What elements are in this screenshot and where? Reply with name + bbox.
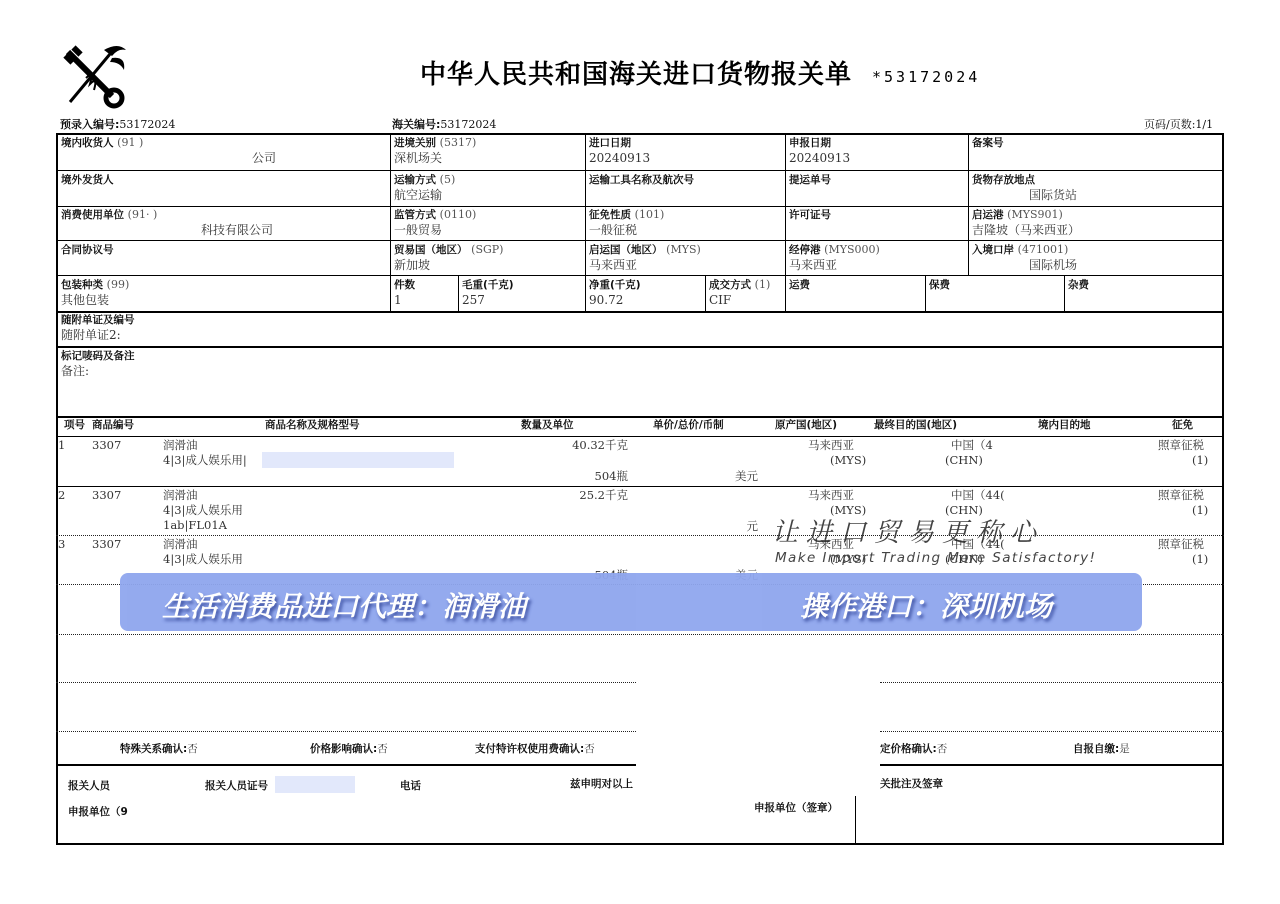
pre-entry-number: 预录入编号:53172024 (60, 116, 175, 132)
row-product-name: 润滑油 (163, 537, 198, 552)
transport-mode-field: 运输方式 (5) 航空运输 (394, 173, 455, 203)
row-product-name: 润滑油 (163, 488, 198, 503)
freight-label: 运费 (789, 278, 810, 292)
entry-customs-code: (5317) (440, 136, 477, 149)
row-item-no: 1 (58, 438, 65, 453)
row-quantity-weight: 25.2千克 (579, 488, 628, 503)
row-origin: 马来西亚 (808, 488, 854, 503)
row-item-no: 2 (58, 488, 65, 503)
misc-fee-field: 杂费 (1068, 278, 1089, 292)
insurance-label: 保费 (929, 278, 950, 292)
departure-country-label: 启运国（地区） (589, 244, 663, 256)
marks-remarks-label: 标记唛码及备注 (61, 349, 135, 363)
transit-port-label: 经停港 (789, 244, 821, 256)
consumer-unit-field: 消费使用单位 (91· ) 科技有限公司 (61, 208, 273, 238)
record-no-field: 备案号 (972, 136, 1004, 150)
departure-country-code: (MYS) (666, 243, 701, 256)
royalty-label: 支付特许权使用费确认: (475, 743, 584, 755)
slogan-english: Make Import Trading More Satisfactory! (775, 550, 1096, 566)
slogan-chinese: 让进口贸易更称心 (772, 512, 1044, 549)
self-tax-label: 自报自缴: (1073, 743, 1119, 755)
contract-no-label: 合同协议号 (61, 243, 114, 257)
entry-port-label: 入境口岸 (972, 244, 1014, 256)
package-type-code: (99) (107, 278, 130, 291)
entry-customs-value: 深机场关 (394, 150, 476, 166)
price-impact-label: 价格影响确认: (310, 743, 377, 755)
license-no-label: 许可证号 (789, 208, 831, 222)
package-type-label: 包装种类 (61, 279, 103, 291)
import-date-label: 进口日期 (589, 136, 650, 150)
row-product-name: 润滑油 (163, 438, 198, 453)
consumer-unit-label: 消费使用单位 (61, 209, 124, 221)
pre-entry-value: 53172024 (119, 118, 175, 131)
price-impact-confirm: 价格影响确认:否 (310, 741, 388, 756)
net-weight-value: 90.72 (589, 292, 641, 308)
marks-remarks-field: 标记唛码及备注 备注: (61, 349, 135, 379)
transport-mode-label: 运输方式 (394, 174, 436, 186)
col-destination: 最终目的国(地区) (874, 417, 957, 432)
transport-mode-code: (5) (440, 173, 456, 186)
trade-terms-code: (1) (755, 278, 771, 291)
record-no-label: 备案号 (972, 136, 1004, 150)
gross-weight-field: 毛重(千克) 257 (462, 278, 514, 308)
barcode-number: *53172024 (872, 68, 980, 86)
license-no-field: 许可证号 (789, 208, 831, 222)
declare-unit-label: 申报单位（9 (68, 804, 128, 819)
supervision-mode-label: 监管方式 (394, 209, 436, 221)
row-hs-code: 3307 (92, 438, 121, 453)
promo-banner: 生活消费品进口代理：润滑油 操作港口：深圳机场 (120, 573, 1142, 631)
import-date-value: 20240913 (589, 150, 650, 166)
package-type-field: 包装种类 (99) 其他包装 (61, 278, 129, 308)
row-hs-code: 3307 (92, 537, 121, 552)
page-counter: 页码/页数:1/1 (1144, 116, 1213, 132)
marks-remarks-value: 备注: (61, 363, 135, 379)
departure-port-code: (MYS901) (1007, 208, 1063, 221)
self-tax-confirm: 自报自缴:是 (1073, 741, 1130, 756)
row-item-no: 3 (58, 537, 65, 552)
overseas-shipper-label: 境外发货人 (61, 173, 114, 187)
redacted-area (262, 452, 454, 468)
declare-date-label: 申报日期 (789, 136, 850, 150)
customs-no-label: 海关编号: (392, 118, 440, 131)
phone-label: 电话 (400, 778, 421, 793)
supervision-mode-field: 监管方式 (0110) 一般贸易 (394, 208, 476, 238)
special-relation-label: 特殊关系确认: (120, 743, 187, 755)
consignee-code: (91 ) (117, 136, 143, 149)
row-destination-code: (CHN) (945, 453, 983, 468)
storage-place-value: 国际货站 (972, 187, 1077, 203)
row-quantity-weight: 40.32千克 (572, 438, 628, 453)
col-item-no: 项号 (64, 417, 85, 432)
departure-country-field: 启运国（地区） (MYS) 马来西亚 (589, 243, 701, 273)
transit-port-value: 马来西亚 (789, 257, 880, 273)
row-tax: 照章征税 (1158, 488, 1204, 503)
customs-number: 海关编号:53172024 (392, 116, 496, 132)
page-title: 中华人民共和国海关进口货物报关单 (420, 54, 852, 91)
consumer-unit-code: (91· ) (128, 208, 158, 221)
row-quantity-count: 504瓶 (595, 469, 628, 484)
row-tax-code: (1) (1192, 503, 1208, 518)
row-hs-code: 3307 (92, 488, 121, 503)
fixed-price-label: 定价格确认: (880, 743, 937, 755)
col-quantity: 数量及单位 (521, 417, 574, 432)
row-tax: 照章征税 (1158, 438, 1204, 453)
customs-note-label: 关批注及签章 (880, 776, 943, 791)
royalty-value: 否 (584, 743, 595, 755)
departure-port-field: 启运港 (MYS901) 吉隆坡（马来西亚） (972, 208, 1080, 238)
consumer-unit-value: 科技有限公司 (61, 222, 273, 238)
consignee-value: 公司 (61, 150, 386, 166)
customs-no-value: 53172024 (440, 118, 496, 131)
departure-port-value: 吉隆坡（马来西亚） (972, 222, 1080, 238)
bill-no-field: 提运单号 (789, 173, 831, 187)
row-product-spec: 4|3|成人娱乐用 (163, 552, 243, 567)
tax-nature-code: (101) (635, 208, 665, 221)
gross-weight-label: 毛重(千克) (462, 278, 514, 292)
overseas-shipper-field: 境外发货人 (61, 173, 114, 187)
entry-port-field: 入境口岸 (471001) 国际机场 (972, 243, 1077, 273)
row-currency: 元 (747, 519, 759, 534)
transport-vehicle-label: 运输工具名称及航次号 (589, 173, 694, 187)
fixed-price-confirm: 定价格确认:否 (880, 741, 947, 756)
package-type-value: 其他包装 (61, 292, 129, 308)
tax-nature-field: 征免性质 (101) 一般征税 (589, 208, 664, 238)
col-tax: 征免 (1172, 417, 1193, 432)
transport-mode-value: 航空运输 (394, 187, 455, 203)
row-destination: 中国（44( (951, 488, 1005, 503)
pieces-field: 件数 1 (394, 278, 415, 308)
banner-left-text: 生活消费品进口代理：润滑油 (162, 585, 526, 625)
net-weight-label: 净重(千克) (589, 278, 641, 292)
bill-no-label: 提运单号 (789, 173, 831, 187)
special-relation-value: 否 (187, 743, 198, 755)
declarant-label: 报关人员 (68, 778, 110, 793)
price-impact-value: 否 (377, 743, 388, 755)
col-product-name: 商品名称及规格型号 (265, 417, 360, 432)
misc-fee-label: 杂费 (1068, 278, 1089, 292)
row-origin-code: (MYS) (830, 453, 866, 468)
row-product-spec: 4|3|成人娱乐用 (163, 503, 243, 518)
col-hs-code: 商品编号 (92, 417, 134, 432)
trade-terms-label: 成交方式 (709, 279, 751, 291)
entry-customs-label: 进境关别 (394, 137, 436, 149)
trade-terms-field: 成交方式 (1) CIF (709, 278, 770, 308)
storage-place-label: 货物存放地点 (972, 173, 1077, 187)
trade-terms-value: CIF (709, 292, 770, 308)
banner-right-text: 操作港口：深圳机场 (800, 585, 1052, 625)
transit-port-code: (MYS000) (824, 243, 880, 256)
departure-country-value: 马来西亚 (589, 257, 701, 273)
contract-no-field: 合同协议号 (61, 243, 114, 257)
declarant-id-label: 报关人员证号 (205, 778, 268, 793)
fixed-price-value: 否 (937, 743, 948, 755)
page-label: 页码/页数: (1144, 118, 1195, 131)
row-product-spec: 4|3|成人娱乐用| (163, 453, 247, 468)
declare-date-field: 申报日期 20240913 (789, 136, 850, 166)
freight-field: 运费 (789, 278, 810, 292)
entry-port-value: 国际机场 (972, 257, 1077, 273)
row-destination: 中国（4 (951, 438, 993, 453)
pieces-value: 1 (394, 292, 415, 308)
col-price: 单价/总价/币制 (653, 417, 724, 432)
page-value: 1/1 (1195, 118, 1213, 131)
row-product-spec2: 1ab|FL01A (163, 518, 227, 533)
col-origin: 原产国(地区) (775, 417, 837, 432)
consignee-field: 境内收货人 (91 ) 公司 (61, 136, 386, 166)
import-date-field: 进口日期 20240913 (589, 136, 650, 166)
attached-docs-label: 随附单证及编号 (61, 313, 135, 327)
supervision-mode-value: 一般贸易 (394, 222, 476, 238)
row-tax-code: (1) (1192, 453, 1208, 468)
consignee-label: 境内收货人 (61, 137, 114, 149)
statement-text: 兹申明对以上 (570, 776, 633, 791)
col-domestic-dest: 境内目的地 (1038, 417, 1091, 432)
insurance-field: 保费 (929, 278, 950, 292)
trade-country-field: 贸易国（地区） (SGP) 新加坡 (394, 243, 503, 273)
departure-port-label: 启运港 (972, 209, 1004, 221)
row-origin: 马来西亚 (808, 438, 854, 453)
trade-country-label: 贸易国（地区） (394, 244, 468, 256)
net-weight-field: 净重(千克) 90.72 (589, 278, 641, 308)
self-tax-value: 是 (1119, 743, 1130, 755)
trade-country-code: (SGP) (471, 243, 503, 256)
transport-vehicle-field: 运输工具名称及航次号 (589, 173, 694, 187)
row-currency: 美元 (735, 469, 758, 484)
pieces-label: 件数 (394, 278, 415, 292)
attached-docs-field: 随附单证及编号 随附单证2: (61, 313, 135, 343)
royalty-confirm: 支付特许权使用费确认:否 (475, 741, 595, 756)
storage-place-field: 货物存放地点 国际货站 (972, 173, 1077, 203)
pre-entry-label: 预录入编号: (60, 118, 119, 131)
gross-weight-value: 257 (462, 292, 514, 308)
attached-docs-value: 随附单证2: (61, 327, 135, 343)
declare-date-value: 20240913 (789, 150, 850, 166)
declare-unit-seal-label: 申报单位（签章） (754, 800, 838, 815)
row-tax-code: (1) (1192, 552, 1208, 567)
tax-nature-value: 一般征税 (589, 222, 664, 238)
transit-port-field: 经停港 (MYS000) 马来西亚 (789, 243, 880, 273)
redacted-area (275, 776, 355, 793)
customs-emblem-icon (60, 40, 130, 110)
entry-customs-field: 进境关别 (5317) 深机场关 (394, 136, 476, 166)
entry-port-code: (471001) (1018, 243, 1069, 256)
tax-nature-label: 征免性质 (589, 209, 631, 221)
row-tax: 照章征税 (1158, 537, 1204, 552)
trade-country-value: 新加坡 (394, 257, 503, 273)
supervision-mode-code: (0110) (440, 208, 477, 221)
special-relation-confirm: 特殊关系确认:否 (120, 741, 198, 756)
